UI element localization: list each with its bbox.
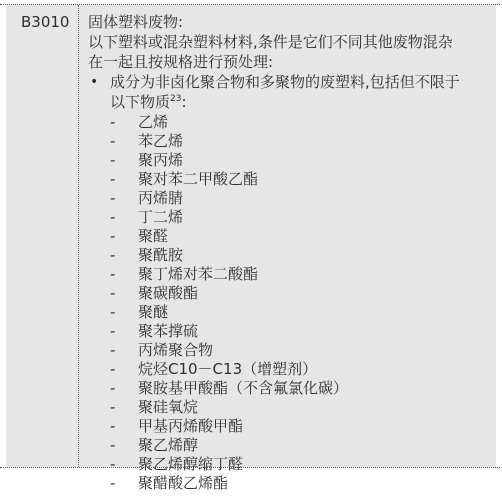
description-line: 以下塑料或混杂塑料材料,条件是它们不同其他废物混杂 <box>88 32 488 52</box>
dash-icon: - <box>110 227 120 246</box>
code-cell: B3010 <box>6 5 79 467</box>
substance-name: 聚苯撑硫 <box>138 322 198 340</box>
entry-title: 固体塑料废物: <box>88 12 488 32</box>
substance-name: 聚醚 <box>138 303 168 321</box>
description-line: 在一起且按规格进行预处理: <box>88 52 488 72</box>
dash-icon: - <box>110 170 120 189</box>
dash-icon: - <box>110 474 120 493</box>
bullet-line-last: 以下物质23: <box>110 92 488 112</box>
dash-icon: - <box>110 398 120 417</box>
list-item: -丙烯聚合物 <box>88 341 488 360</box>
description-cell: 固体塑料废物: 以下塑料或混杂塑料材料,条件是它们不同其他废物混杂 在一起且按规… <box>88 12 488 493</box>
bullet-colon: : <box>181 93 186 111</box>
waste-code: B3010 <box>21 13 69 31</box>
list-item: -聚酰胺 <box>88 246 488 265</box>
list-item: -聚醛 <box>88 227 488 246</box>
substance-name: 聚醛 <box>138 227 168 245</box>
footnote-ref[interactable]: 23 <box>170 94 181 104</box>
list-item: -聚醋酸乙烯酯 <box>88 474 488 493</box>
list-item: -聚胺基甲酸酯（不含氟氯化碳） <box>88 379 488 398</box>
list-item: -苯乙烯 <box>88 132 488 151</box>
substance-name: 聚碳酸酯 <box>138 284 198 302</box>
dash-icon: - <box>110 284 120 303</box>
list-item: -聚醚 <box>88 303 488 322</box>
dash-icon: - <box>110 436 120 455</box>
dash-icon: - <box>110 303 120 322</box>
dash-icon: - <box>110 341 120 360</box>
bullet-item: • 成分为非卤化聚合物和多聚物的废塑料,包括但不限于 以下物质23: <box>88 72 488 112</box>
substance-name: 丁二烯 <box>138 208 183 226</box>
bullet-line-text: 以下物质 <box>110 93 170 111</box>
list-item: -丁二烯 <box>88 208 488 227</box>
list-item: -聚乙烯醇缩丁醛 <box>88 455 488 474</box>
list-item: -聚碳酸酯 <box>88 284 488 303</box>
list-item: -聚丁烯对苯二酸酯 <box>88 265 488 284</box>
dash-icon: - <box>110 265 120 284</box>
dash-icon: - <box>110 379 120 398</box>
substance-name: 聚酰胺 <box>138 246 183 264</box>
dash-icon: - <box>110 246 120 265</box>
substance-name: 丙烯聚合物 <box>138 341 213 359</box>
substance-name: 苯乙烯 <box>138 132 183 150</box>
bullet-icon: • <box>90 72 98 92</box>
dash-icon: - <box>110 417 120 436</box>
substance-name: 乙烯 <box>138 113 168 131</box>
substance-name: 聚醋酸乙烯酯 <box>138 474 228 492</box>
list-item: -聚苯撑硫 <box>88 322 488 341</box>
substance-name: 丙烯腈 <box>138 189 183 207</box>
substance-name: 聚丁烯对苯二酸酯 <box>138 265 258 283</box>
substance-name: 聚胺基甲酸酯（不含氟氯化碳） <box>138 379 348 397</box>
substance-list: -乙烯 -苯乙烯 -聚丙烯 -聚对苯二甲酸乙酯 -丙烯腈 -丁二烯 -聚醛 -聚… <box>88 113 488 493</box>
dash-icon: - <box>110 208 120 227</box>
substance-name: 聚乙烯醇缩丁醛 <box>138 455 243 473</box>
substance-name: 烷烃C10－C13（增塑剂） <box>138 360 317 378</box>
bullet-line: 成分为非卤化聚合物和多聚物的废塑料,包括但不限于 <box>110 72 488 92</box>
list-item: -乙烯 <box>88 113 488 132</box>
substance-name: 聚硅氧烷 <box>138 398 198 416</box>
dash-icon: - <box>110 189 120 208</box>
list-item: -聚丙烯 <box>88 151 488 170</box>
dash-icon: - <box>110 455 120 474</box>
list-item: -烷烃C10－C13（增塑剂） <box>88 360 488 379</box>
dash-icon: - <box>110 151 120 170</box>
list-item: -聚乙烯醇 <box>88 436 488 455</box>
dash-icon: - <box>110 360 120 379</box>
list-item: -甲基丙烯酸甲酯 <box>88 417 488 436</box>
substance-name: 聚对苯二甲酸乙酯 <box>138 170 258 188</box>
dash-icon: - <box>110 322 120 341</box>
dash-icon: - <box>110 132 120 151</box>
waste-table: B3010 固体塑料废物: 以下塑料或混杂塑料材料,条件是它们不同其他废物混杂 … <box>0 4 500 468</box>
list-item: -聚硅氧烷 <box>88 398 488 417</box>
list-item: -丙烯腈 <box>88 189 488 208</box>
list-item: -聚对苯二甲酸乙酯 <box>88 170 488 189</box>
substance-name: 甲基丙烯酸甲酯 <box>138 417 243 435</box>
dash-icon: - <box>110 113 120 132</box>
substance-name: 聚乙烯醇 <box>138 436 198 454</box>
substance-name: 聚丙烯 <box>138 151 183 169</box>
